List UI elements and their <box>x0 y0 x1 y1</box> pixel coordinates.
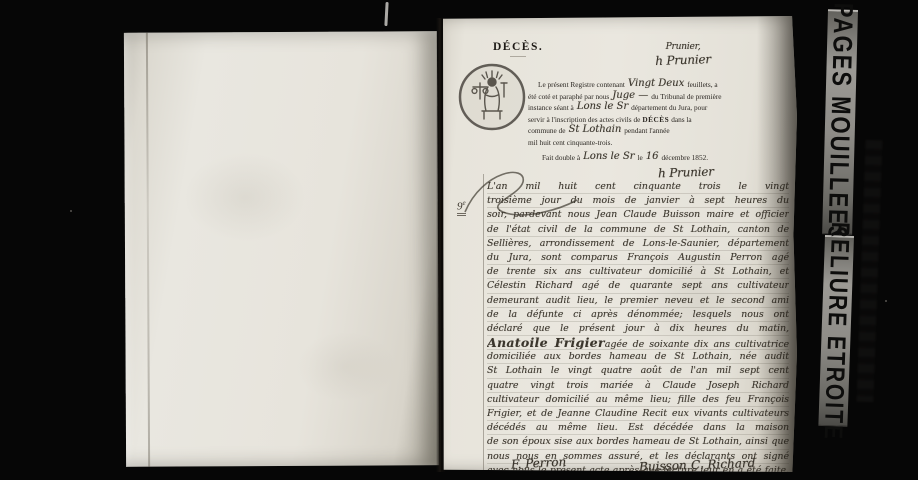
bookmark-ribbon <box>384 2 388 26</box>
act-text-line: soir, pardevant nous Jean Claude Buisson… <box>487 208 789 222</box>
tribunal-seal-icon <box>456 61 528 133</box>
act-line-text: de la défunte ci après dénommée; lesquel… <box>487 309 789 320</box>
strip-label: PAGES MOUILLEES <box>821 2 859 243</box>
death-register-page: 9e DÉCÈS. Prunier, h Prunier Le présent … <box>443 16 797 472</box>
strip-label: RELIURE ETROITE <box>818 221 855 441</box>
faint-background-strip <box>856 140 882 402</box>
act-body: L'an mil huit cent cinquante trois le vi… <box>487 180 789 478</box>
act-text-line: déclaré que le présent jour à dix heures… <box>487 322 789 336</box>
act-line-text: soir, pardevant nous Jean Claude Buisson… <box>487 209 789 220</box>
judge-signature: h Prunier <box>613 51 753 70</box>
act-line-text: de l'état civil de la commune de St Loth… <box>487 224 789 235</box>
certification-line: commune deSt Lothainpendant l'année <box>528 125 793 137</box>
certification-line: servir à l'inscription des actes civils … <box>528 114 793 126</box>
act-text-line: de son époux sise aux bordes hameau de S… <box>487 435 789 449</box>
dust-speck <box>70 210 72 212</box>
left-blank-page <box>124 31 439 467</box>
page-edge-shadow <box>757 16 797 472</box>
paper-stain <box>295 331 395 402</box>
signature-buisson: Buisson <box>639 458 687 474</box>
certification-line: Le présent Registre contenantVingt Deuxf… <box>528 79 793 91</box>
certification-line: instance séant àLons le Srdépartement du… <box>528 102 793 114</box>
act-text-line: St Lothain le vingt quatre août de l'an … <box>487 364 789 378</box>
act-text-line: Anatoile Frigieragée de soixante dix ans… <box>487 336 789 350</box>
dust-speck <box>885 300 887 302</box>
act-line-text: de son époux sise aux bordes hameau de S… <box>487 436 789 447</box>
act-line-text: Sellières, arrondissement de Lons-le-Sau… <box>487 238 789 249</box>
act-text-line: quatre vingt trois mariée à Claude Josep… <box>487 379 789 393</box>
act-line-text: cultivateur domicilié au même lieu; fill… <box>487 394 789 405</box>
archive-strip-pages-mouillees: PAGES MOUILLEES <box>822 9 858 235</box>
act-line-text: troisième jour du mois de janvier à sept… <box>487 195 789 206</box>
act-line-text: quatre vingt trois mariée à Claude Josep… <box>487 380 789 391</box>
act-text-line: Frigier, et de Jeanne Claudine Recit eux… <box>487 407 789 421</box>
act-text-line: L'an mil huit cent cinquante trois le vi… <box>487 180 789 194</box>
act-text-line: Sellières, arrondissement de Lons-le-Sau… <box>487 237 789 251</box>
act-line-text: de trente six ans cultivateur domicilié … <box>487 266 789 277</box>
act-line-text: Célestin Richard agé de quarante sept an… <box>487 280 789 291</box>
act-text-line: demeurant audit lieu, le premier neveu e… <box>487 294 789 308</box>
page-title: DÉCÈS. <box>493 41 543 57</box>
act-text-line: domiciliée aux bordes hameau de St Lotha… <box>487 350 789 364</box>
act-line-text: décédés au même lieu. Est décédée dans l… <box>487 422 789 433</box>
act-line-text: déclaré que le présent jour à dix heures… <box>487 323 789 334</box>
act-line-text: du Jura, sont comparus François Augustin… <box>487 252 789 263</box>
act-text-line: troisième jour du mois de janvier à sept… <box>487 194 789 208</box>
book-scan: 9e DÉCÈS. Prunier, h Prunier Le présent … <box>0 0 918 480</box>
act-line-text: Frigier, et de Jeanne Claudine Recit eux… <box>487 408 789 419</box>
archive-strip-reliure-etroite: RELIURE ETROITE <box>818 235 854 427</box>
act-text-line: cultivateur domicilié au même lieu; fill… <box>487 393 789 407</box>
judge-name-block: Prunier, h Prunier <box>613 42 753 67</box>
act-text-line: de trente six ans cultivateur domicilié … <box>487 265 789 279</box>
act-line-text: domiciliée aux bordes hameau de St Lotha… <box>487 351 789 362</box>
page-fold <box>146 33 150 467</box>
act-text-line: de la défunte ci après dénommée; lesquel… <box>487 308 789 322</box>
act-line-text: L'an mil huit cent cinquante trois le vi… <box>487 181 789 192</box>
certification-line: mil huit cent cinquante-trois. <box>528 137 793 149</box>
act-text-line: Célestin Richard agé de quarante sept an… <box>487 279 789 293</box>
act-text-line: du Jura, sont comparus François Augustin… <box>487 251 789 265</box>
act-line-text: demeurant audit lieu, le premier neveu e… <box>487 295 789 306</box>
certification-line: été coté et paraphé par nousJuge —du Tri… <box>528 91 793 103</box>
paper-stain <box>184 152 304 243</box>
act-text-line: décédés au même lieu. Est décédée dans l… <box>487 421 789 435</box>
signature-richard: C. Richard <box>691 456 756 472</box>
act-line-text: St Lothain le vingt quatre août de l'an … <box>487 365 789 376</box>
act-text-line: de l'état civil de la commune de St Loth… <box>487 223 789 237</box>
signature-perron: F. Perron <box>511 455 567 472</box>
deceased-name: Anatoile Frigier <box>487 336 605 350</box>
